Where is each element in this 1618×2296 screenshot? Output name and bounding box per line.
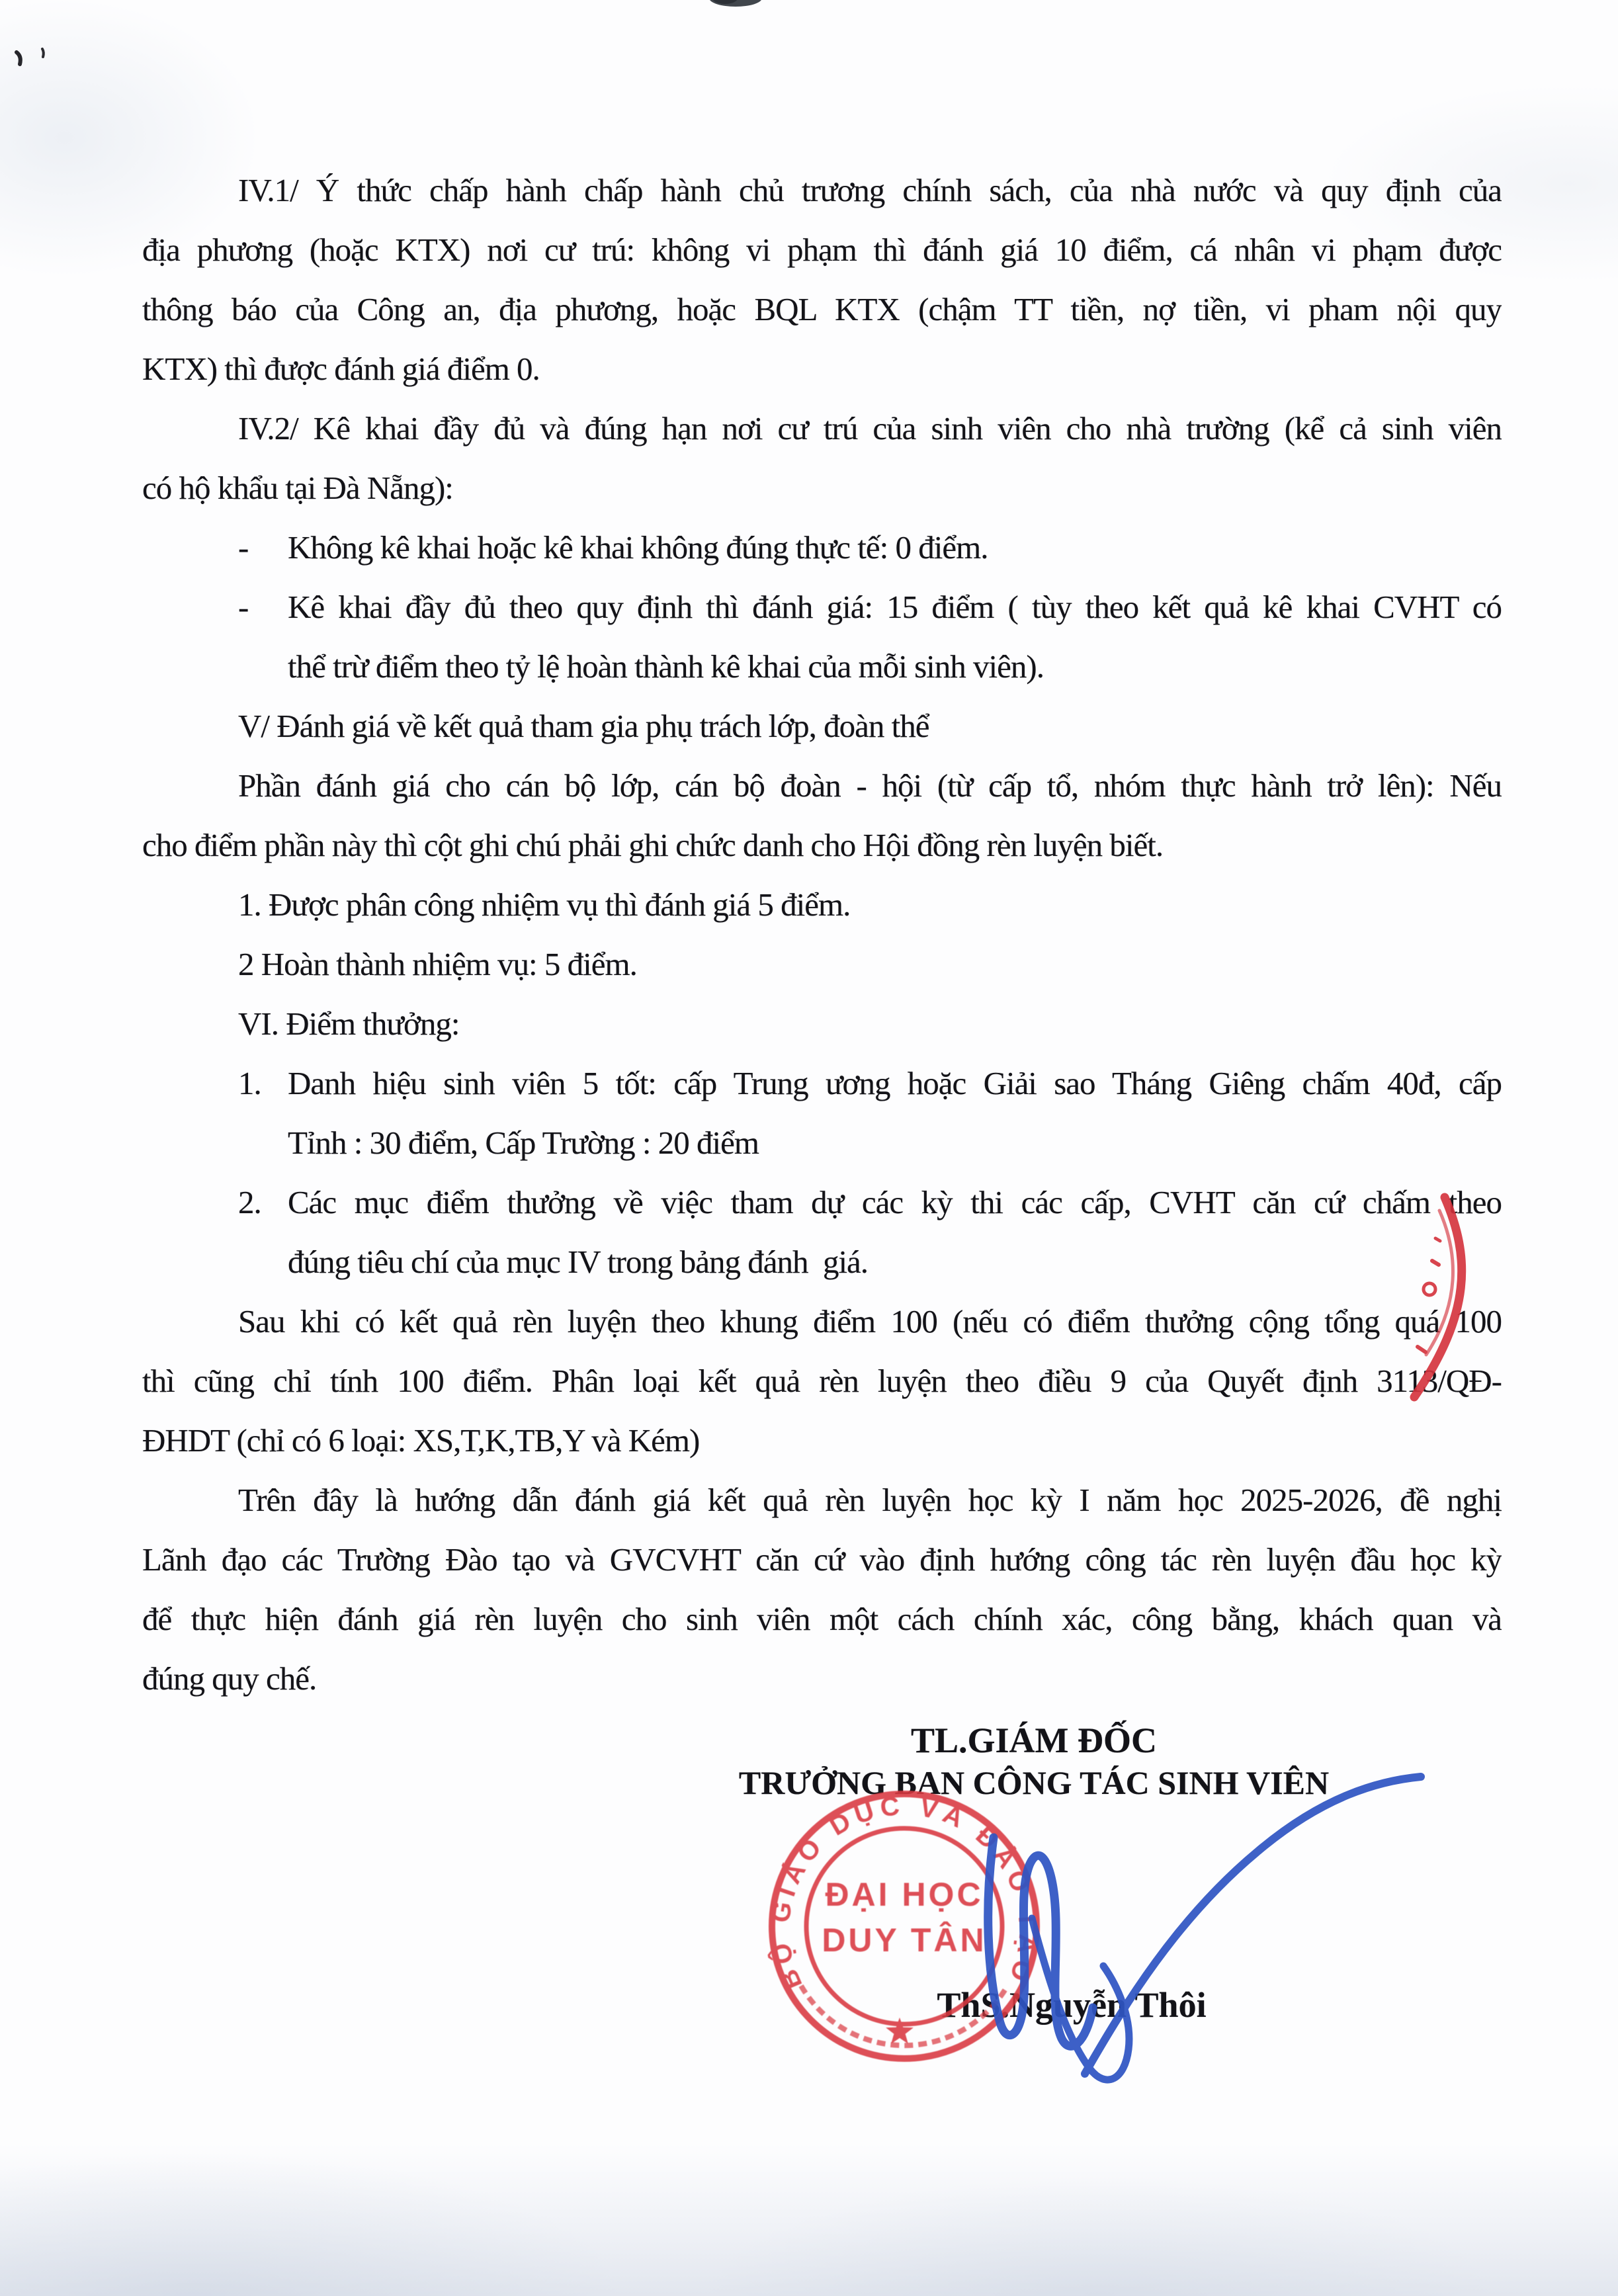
document-line: cho điểm phần này thì cột ghi chú phải g…	[142, 816, 1502, 875]
line-text: Phần đánh giá cho cán bộ lớp, cán bộ đoà…	[238, 767, 1502, 804]
document-line: để thực hiện đánh giá rèn luyện cho sinh…	[142, 1590, 1502, 1649]
document-line: có hộ khẩu tại Đà Nẵng):	[142, 458, 1502, 518]
line-text: ĐHDT (chỉ có 6 loại: XS,T,K,TB,Y và Kém)	[142, 1422, 699, 1459]
line-text: thể trừ điểm theo tỷ lệ hoàn thành kê kh…	[288, 648, 1044, 685]
document-line: 1. Được phân công nhiệm vụ thì đánh giá …	[142, 875, 1502, 935]
line-marker: 2.	[238, 1173, 261, 1232]
line-text: 1. Được phân công nhiệm vụ thì đánh giá …	[238, 886, 850, 923]
document-line: -Kê khai đầy đủ theo quy định thì đánh g…	[142, 577, 1502, 637]
line-text: Không kê khai hoặc kê khai không đúng th…	[288, 529, 988, 566]
document-line: IV.2/ Kê khai đầy đủ và đúng hạn nơi cư …	[142, 399, 1502, 458]
document-line: đúng tiêu chí của mục IV trong bảng đánh…	[142, 1232, 1502, 1292]
line-marker: -	[238, 577, 248, 637]
document-line: KTX) thì được đánh giá điểm 0.	[142, 339, 1502, 399]
document-line: V/ Đánh giá về kết quả tham gia phụ trác…	[142, 697, 1502, 756]
document-line: Sau khi có kết quả rèn luyện theo khung …	[142, 1292, 1502, 1351]
document-line: Trên đây là hướng dẫn đánh giá kết quả r…	[142, 1470, 1502, 1530]
line-text: địa phương (hoặc KTX) nơi cư trú: không …	[142, 232, 1502, 268]
scanned-document-page: IV.1/ Ý thức chấp hành chấp hành chủ trư…	[0, 0, 1618, 2296]
stamp-center-line1: ĐẠI HỌC	[825, 1876, 983, 1913]
stamp-ring-text: BỘ GIÁO DỤC VÀ ĐÀO TẠO	[765, 1791, 1043, 1994]
document-line: Phần đánh giá cho cán bộ lớp, cán bộ đoà…	[142, 756, 1502, 816]
document-body-text: IV.1/ Ý thức chấp hành chấp hành chủ trư…	[142, 161, 1502, 1709]
closing-titles: TL.GIÁM ĐỐC TRƯỞNG BAN CÔNG TÁC SINH VIÊ…	[660, 1719, 1408, 1803]
line-text: Kê khai đầy đủ theo quy định thì đánh gi…	[288, 589, 1502, 625]
line-text: 2 Hoàn thành nhiệm vụ: 5 điểm.	[238, 946, 637, 982]
document-line: 2.Các mục điểm thưởng về việc tham dự cá…	[142, 1173, 1502, 1232]
line-marker: 1.	[238, 1054, 261, 1113]
document-line: 1.Danh hiệu sinh viên 5 tốt: cấp Trung ư…	[142, 1054, 1502, 1113]
line-text: Trên đây là hướng dẫn đánh giá kết quả r…	[238, 1482, 1502, 1518]
scan-shadow-band	[0, 2144, 1618, 2296]
handwritten-signature	[988, 1777, 1421, 2080]
stamp-center-line2: DUY TÂN	[822, 1922, 986, 1959]
document-line: 2 Hoàn thành nhiệm vụ: 5 điểm.	[142, 935, 1502, 994]
document-line: IV.1/ Ý thức chấp hành chấp hành chủ trư…	[142, 161, 1502, 220]
document-line: ĐHDT (chỉ có 6 loại: XS,T,K,TB,Y và Kém)	[142, 1411, 1502, 1470]
corner-speck-marks	[17, 49, 44, 64]
line-text: VI. Điểm thưởng:	[238, 1005, 460, 1042]
line-text: thông báo của Công an, địa phương, hoặc …	[142, 291, 1502, 327]
document-line: VI. Điểm thưởng:	[142, 994, 1502, 1054]
line-text: có hộ khẩu tại Đà Nẵng):	[142, 470, 453, 506]
document-line: thể trừ điểm theo tỷ lệ hoàn thành kê kh…	[142, 637, 1502, 697]
document-line: địa phương (hoặc KTX) nơi cư trú: không …	[142, 220, 1502, 280]
line-text: Tỉnh : 30 điểm, Cấp Trường : 20 điểm	[288, 1125, 759, 1161]
line-text: KTX) thì được đánh giá điểm 0.	[142, 351, 540, 387]
document-line: thì cũng chỉ tính 100 điểm. Phân loại kế…	[142, 1351, 1502, 1411]
line-text: đúng quy chế.	[142, 1660, 316, 1697]
line-text: Lãnh đạo các Trường Đào tạo và GVCVHT că…	[142, 1541, 1502, 1578]
line-text: Sau khi có kết quả rèn luyện theo khung …	[238, 1303, 1502, 1339]
line-text: để thực hiện đánh giá rèn luyện cho sinh…	[142, 1601, 1502, 1637]
closing-title-line1: TL.GIÁM ĐỐC	[660, 1719, 1408, 1762]
document-line: -Không kê khai hoặc kê khai không đúng t…	[142, 518, 1502, 577]
line-text: IV.2/ Kê khai đầy đủ và đúng hạn nơi cư …	[238, 410, 1502, 446]
line-marker: -	[238, 518, 248, 577]
document-line: đúng quy chế.	[142, 1649, 1502, 1709]
line-text: Danh hiệu sinh viên 5 tốt: cấp Trung ươn…	[288, 1065, 1502, 1101]
signer-name: ThS.Nguyễn Thôi	[873, 1984, 1270, 2025]
line-text: thì cũng chỉ tính 100 điểm. Phân loại kế…	[142, 1363, 1502, 1399]
closing-title-line2: TRƯỞNG BAN CÔNG TÁC SINH VIÊN	[660, 1762, 1408, 1803]
line-text: IV.1/ Ý thức chấp hành chấp hành chủ trư…	[238, 172, 1502, 208]
document-line: thông báo của Công an, địa phương, hoặc …	[142, 280, 1502, 339]
document-line: Lãnh đạo các Trường Đào tạo và GVCVHT că…	[142, 1530, 1502, 1590]
svg-text:BỘ GIÁO DỤC VÀ ĐÀO TẠO: BỘ GIÁO DỤC VÀ ĐÀO TẠO	[765, 1791, 1043, 1994]
document-line: Tỉnh : 30 điểm, Cấp Trường : 20 điểm	[142, 1113, 1502, 1173]
line-text: Các mục điểm thưởng về việc tham dự các …	[288, 1184, 1502, 1220]
line-text: V/ Đánh giá về kết quả tham gia phụ trác…	[238, 708, 929, 744]
line-text: cho điểm phần này thì cột ghi chú phải g…	[142, 827, 1163, 863]
staple-mark	[709, 0, 762, 7]
line-text: đúng tiêu chí của mục IV trong bảng đánh…	[288, 1244, 868, 1280]
